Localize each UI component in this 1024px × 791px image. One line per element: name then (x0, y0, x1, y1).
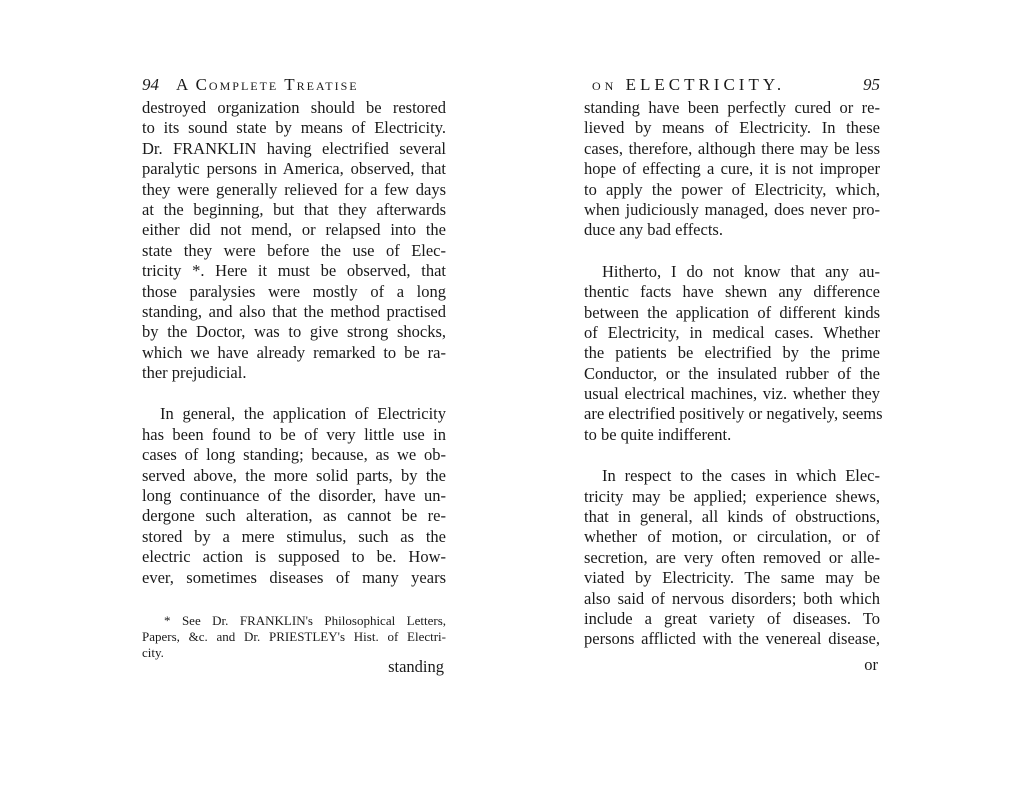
text-line: by the Doctor, was to give strong shocks… (142, 322, 446, 342)
text-line: electric action is supposed to be. How- (142, 547, 446, 567)
paragraph: In respect to the cases in which Elec- t… (584, 466, 880, 650)
page-number: 94 (142, 74, 159, 96)
text-line: standing, and also that the method pract… (142, 302, 446, 322)
text-line: persons afflicted with the venereal dise… (584, 629, 880, 649)
text-line: ever, sometimes diseases of many years (142, 568, 446, 588)
text-line: paralytic persons in America, observed, … (142, 159, 446, 179)
text-line: destroyed organization should be restore… (142, 98, 446, 118)
paragraph: In general, the application of Electrici… (142, 404, 446, 588)
text-line: tricity *. Here it must be observed, tha… (142, 261, 446, 281)
text-line: hope of effecting a cure, it is not impr… (584, 159, 880, 179)
catchword: or (864, 655, 878, 675)
text-line: long continuance of the disorder, have u… (142, 486, 446, 506)
text-line: Conductor, or the insulated rubber of th… (584, 364, 880, 384)
running-head-title: on ELECTRICITY. (592, 74, 785, 96)
catchword: standing (388, 657, 444, 677)
text-line: In respect to the cases in which Elec- (584, 466, 880, 486)
running-head-title: A Complete Treatise (176, 74, 359, 96)
text-line: also said of nervous disorders; both whi… (584, 589, 880, 609)
text-line: In general, the application of Electrici… (142, 404, 446, 424)
paragraph-gap (584, 445, 880, 466)
page-body: standing have been perfectly cured or re… (584, 98, 880, 650)
paragraph: destroyed organization should be restore… (142, 98, 446, 383)
text-line: whether of motion, or circulation, or of (584, 527, 880, 547)
text-line: secretion, are very often removed or all… (584, 548, 880, 568)
text-line: which we have already remarked to be ra- (142, 343, 446, 363)
page-body: destroyed organization should be restore… (142, 98, 446, 588)
text-line: either did not mend, or relapsed into th… (142, 220, 446, 240)
text-line: include a great variety of diseases. To (584, 609, 880, 629)
text-line: has been found to be of very little use … (142, 425, 446, 445)
text-line: served above, the more solid parts, by t… (142, 466, 446, 486)
text-line: to apply the power of Electricity, which… (584, 180, 880, 200)
text-line: dergone such alteration, as cannot be re… (142, 506, 446, 526)
text-line: standing have been perfectly cured or re… (584, 98, 880, 118)
footnote: * See Dr. FRANKLIN's Philosophical Lette… (142, 613, 446, 661)
paragraph-gap (584, 241, 880, 262)
text-line: viated by Electricity. The same may be (584, 568, 880, 588)
text-line: to its sound state by means of Electrici… (142, 118, 446, 138)
text-line: are electrified positively or negatively… (584, 404, 880, 424)
text-line: ther prejudicial. (142, 363, 446, 383)
text-line: cases of long standing; because, as we o… (142, 445, 446, 465)
paragraph: Hitherto, I do not know that any au- the… (584, 262, 880, 446)
text-line: they were generally relieved for a few d… (142, 180, 446, 200)
running-head: 94 A Complete Treatise (142, 74, 446, 96)
text-line: of Electricity, in medical cases. Whethe… (584, 323, 880, 343)
text-line: at the beginning, but that they afterwar… (142, 200, 446, 220)
running-head: on ELECTRICITY. 95 (584, 74, 880, 96)
text-line: duce any bad effects. (584, 220, 880, 240)
text-line: tricity may be applied; experience shews… (584, 487, 880, 507)
footnote-line: * See Dr. FRANKLIN's Philosophical Lette… (142, 613, 446, 629)
text-line: lieved by means of Electricity. In these (584, 118, 880, 138)
text-line: thentic facts have shewn any difference (584, 282, 880, 302)
text-line: stored by a mere stimulus, such as the (142, 527, 446, 547)
page-number: 95 (863, 74, 880, 96)
text-line: to be quite indifferent. (584, 425, 880, 445)
text-line: the patients be electrified by the prime (584, 343, 880, 363)
text-line: usual electrical machines, viz. whether … (584, 384, 880, 404)
text-line: cases, therefore, although there may be … (584, 139, 880, 159)
text-line: those paralysies were mostly of a long (142, 282, 446, 302)
book-spread: 94 A Complete Treatise destroyed organiz… (0, 0, 1024, 791)
text-line: Hitherto, I do not know that any au- (584, 262, 880, 282)
footnote-line: Papers, &c. and Dr. PRIESTLEY's Hist. of… (142, 629, 446, 645)
text-line: that in general, all kinds of obstructio… (584, 507, 880, 527)
paragraph: standing have been perfectly cured or re… (584, 98, 880, 241)
text-line: state they were before the use of Elec- (142, 241, 446, 261)
paragraph-gap (142, 383, 446, 404)
text-line: Dr. FRANKLIN having electrified several (142, 139, 446, 159)
text-line: between the application of different kin… (584, 303, 880, 323)
text-line: when judiciously managed, does never pro… (584, 200, 880, 220)
